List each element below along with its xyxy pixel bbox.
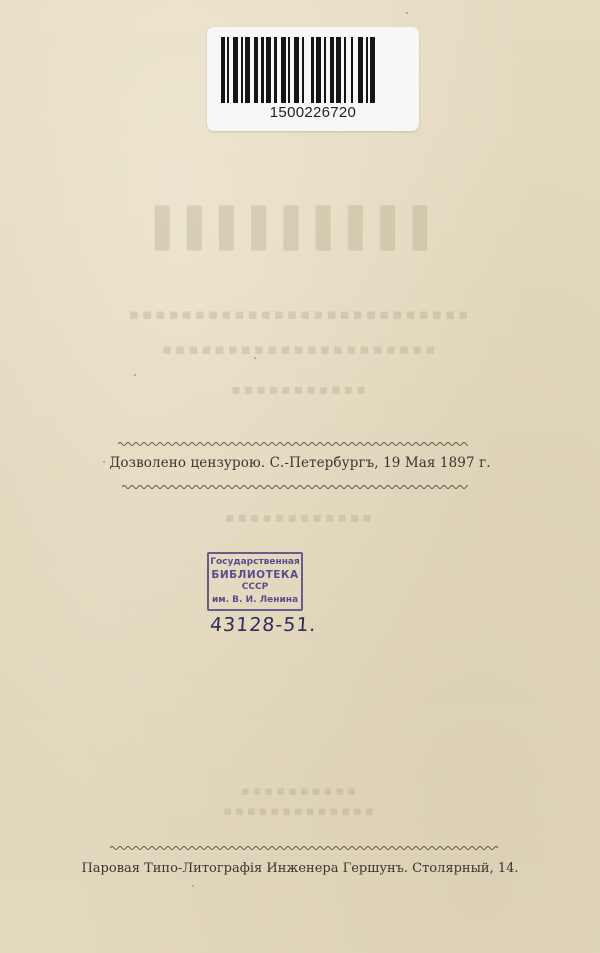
barcode-number: 1500226720 xyxy=(207,104,419,121)
handwritten-inventory-number: 43128-51. xyxy=(209,614,317,636)
bleed-through-line: ▪▪▪▪▪▪▪▪▪▪▪ xyxy=(0,382,600,398)
wavy-rule-bottom xyxy=(122,484,468,490)
barcode-sticker: 1500226720 xyxy=(207,27,419,131)
stamp-line: им. В. И. Ленина xyxy=(209,594,301,607)
stamp-line: Государственная xyxy=(209,556,301,569)
bleed-through-title: ▌▌▌▌▌▌▌▌▌ xyxy=(0,205,600,250)
library-stamp: Государственная БИБЛИОТЕКА СССР им. В. И… xyxy=(207,552,303,611)
censorship-approval-text: Дозволено цензурою. С.-Петербургъ, 19 Ма… xyxy=(0,455,600,471)
bleed-through-line: ▪▪▪▪▪▪▪▪▪▪▪▪▪▪▪▪▪▪▪▪▪ xyxy=(0,340,600,358)
bleed-through-line: ▪▪▪▪▪▪▪▪▪▪▪▪▪ xyxy=(0,804,600,819)
stamp-line: СССР xyxy=(209,581,301,594)
barcode-icon xyxy=(221,37,405,103)
bleed-through-line: ▪▪▪▪▪▪▪▪▪▪▪▪ xyxy=(0,510,600,526)
wavy-rule-imprint xyxy=(110,845,498,851)
printer-imprint-text: Паровая Типо-Литографія Инженера Гершунъ… xyxy=(0,861,600,876)
paper-speck xyxy=(192,885,194,887)
bleed-through-line: ▪▪▪▪▪▪▪▪▪▪ xyxy=(0,784,600,799)
document-page: ▌▌▌▌▌▌▌▌▌ ▪▪▪▪▪▪▪▪▪▪▪▪▪▪▪▪▪▪▪▪▪▪▪▪▪▪ ▪▪▪… xyxy=(0,0,600,953)
paper-speck xyxy=(103,461,105,463)
stamp-line: БИБЛИОТЕКА xyxy=(209,569,301,582)
paper-speck xyxy=(134,374,136,376)
bleed-through-line: ▪▪▪▪▪▪▪▪▪▪▪▪▪▪▪▪▪▪▪▪▪▪▪▪▪▪ xyxy=(0,305,600,323)
paper-speck xyxy=(254,357,256,359)
wavy-rule-top xyxy=(118,441,468,447)
paper-speck xyxy=(406,12,408,14)
